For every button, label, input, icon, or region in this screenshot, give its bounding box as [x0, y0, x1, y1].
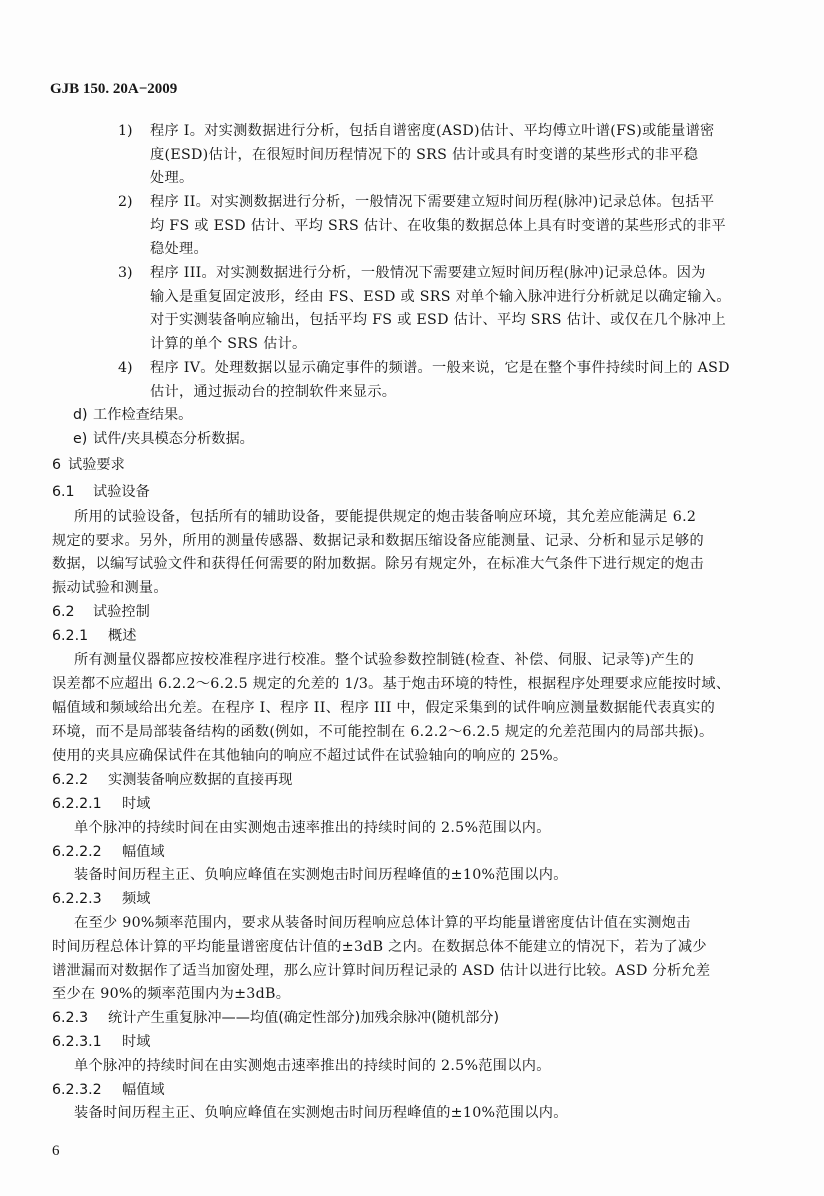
section-title: 试验要求 — [68, 455, 125, 475]
section-title: 频域 — [122, 889, 150, 909]
section-title: 幅值域 — [122, 1080, 165, 1100]
paragraph-line: 使用的夹具应确保试件在其他轴向的响应不超过试件在试验轴向的响应的 25%。 — [52, 746, 567, 766]
document-page: GJB 150. 20A−2009 1) 程序 I。对实测数据进行分析，包括自谱… — [0, 0, 824, 1196]
section-number: 6.1 — [52, 482, 75, 502]
section-title: 试验设备 — [93, 482, 150, 502]
list-item-text: 处理。 — [150, 168, 193, 188]
section-number: 6.2.2 — [52, 770, 88, 790]
list-item-number: 2) — [118, 192, 133, 212]
list-item-number: 3) — [118, 263, 133, 283]
list-item-text: 输入是重复固定波形，经由 FS、ESD 或 SRS 对单个输入脉冲进行分析就足以… — [150, 287, 731, 307]
paragraph-line: 谱泄漏而对数据作了适当加窗处理，那么应计算时间历程记录的 ASD 估计以进行比较… — [52, 961, 710, 981]
paragraph-line: 装备时间历程主正、负响应峰值在实测炮击时间历程峰值的±10%范围以内。 — [74, 1103, 568, 1123]
section-number: 6.2.3.2 — [52, 1080, 102, 1100]
sub-item-text: 工作检查结果。 — [93, 405, 192, 425]
paragraph-line: 数据，以编写试验文件和获得任何需要的附加数据。除另有规定外，在标准大气条件下进行… — [52, 554, 704, 574]
list-item-text: 程序 IV。处理数据以显示确定事件的频谱。一般来说，它是在整个事件持续时间上的 … — [150, 358, 730, 378]
section-number: 6.2.2.2 — [52, 842, 102, 862]
list-item-text: 程序 III。对实测数据进行分析，一般情况下需要建立短时间历程(脉冲)记录总体。… — [150, 263, 706, 283]
paragraph-line: 所有测量仪器都应按校准程序进行校准。整个试验参数控制链(检查、补偿、伺服、记录等… — [74, 650, 694, 670]
section-number: 6 — [52, 455, 61, 475]
list-item-number: 4) — [118, 358, 133, 378]
section-title: 幅值域 — [122, 842, 165, 862]
section-title: 实测装备响应数据的直接再现 — [108, 770, 292, 790]
paragraph-line: 装备时间历程主正、负响应峰值在实测炮击时间历程峰值的±10%范围以内。 — [74, 865, 568, 885]
section-number: 6.2 — [52, 602, 75, 622]
section-title: 概述 — [108, 626, 136, 646]
paragraph-line: 单个脉冲的持续时间在由实测炮击速率推出的持续时间的 2.5%范围以内。 — [74, 1056, 551, 1076]
sub-item-number: d) — [73, 405, 88, 425]
paragraph-line: 幅值域和频域给出允差。在程序 I、程序 II、程序 III 中，假定采集到的试件… — [52, 698, 715, 718]
list-item-text: 度(ESD)估计，在很短时间历程情况下的 SRS 估计或具有时变谱的某些形式的非… — [150, 145, 698, 165]
list-item-text: 估计，通过振动台的控制软件来显示。 — [150, 382, 396, 402]
section-number: 6.2.3 — [52, 1008, 88, 1028]
section-number: 6.2.2.3 — [52, 889, 102, 909]
list-item-text: 对于实测装备响应输出，包括平均 FS 或 ESD 估计、平均 SRS 估计、或仅… — [150, 310, 726, 330]
paragraph-line: 环境，而不是局部装备结构的函数(例如，不可能控制在 6.2.2～6.2.5 规定… — [52, 722, 714, 742]
list-item-text: 程序 II。对实测数据进行分析，一般情况下需要建立短时间历程(脉冲)记录总体。包… — [150, 192, 714, 212]
paragraph-line: 误差都不应超出 6.2.2～6.2.5 规定的允差的 1/3。基于炮击环境的特性… — [52, 674, 730, 694]
section-title: 统计产生重复脉冲——均值(确定性部分)加残余脉冲(随机部分) — [108, 1008, 499, 1028]
list-item-text: 均 FS 或 ESD 估计、平均 SRS 估计、在收集的数据总体上具有时变谱的某… — [150, 216, 726, 236]
document-header-id: GJB 150. 20A−2009 — [50, 79, 177, 99]
sub-item-text: 试件/夹具模态分析数据。 — [93, 429, 254, 449]
section-number: 6.2.3.1 — [52, 1032, 102, 1052]
list-item-text: 计算的单个 SRS 估计。 — [150, 334, 307, 354]
paragraph-line: 时间历程总体计算的平均能量谱密度估计值的±3dB 之内。在数据总体不能建立的情况… — [52, 937, 707, 957]
list-item-text: 稳处理。 — [150, 239, 208, 259]
sub-item-number: e) — [73, 429, 87, 449]
paragraph-line: 规定的要求。另外，所用的测量传感器、数据记录和数据压缩设备应能测量、记录、分析和… — [52, 531, 704, 551]
section-number: 6.2.1 — [52, 626, 88, 646]
section-title: 时域 — [122, 1032, 150, 1052]
paragraph-line: 至少在 90%的频率范围内为±3dB。 — [52, 984, 290, 1004]
section-number: 6.2.2.1 — [52, 794, 102, 814]
list-item-text: 程序 I。对实测数据进行分析，包括自谱密度(ASD)估计、平均傅立叶谱(FS)或… — [150, 121, 715, 141]
section-title: 时域 — [122, 794, 150, 814]
paragraph-line: 在至少 90%频率范围内，要求从装备时间历程响应总体计算的平均能量谱密度估计值在… — [74, 913, 691, 933]
list-item-number: 1) — [118, 121, 133, 141]
paragraph-line: 单个脉冲的持续时间在由实测炮击速率推出的持续时间的 2.5%范围以内。 — [74, 818, 551, 838]
paragraph-line: 振动试验和测量。 — [52, 578, 168, 598]
section-title: 试验控制 — [93, 602, 150, 622]
paragraph-line: 所用的试验设备，包括所有的辅助设备，要能提供规定的炮击装备响应环境，其允差应能满… — [74, 507, 696, 527]
page-number: 6 — [52, 1141, 60, 1161]
